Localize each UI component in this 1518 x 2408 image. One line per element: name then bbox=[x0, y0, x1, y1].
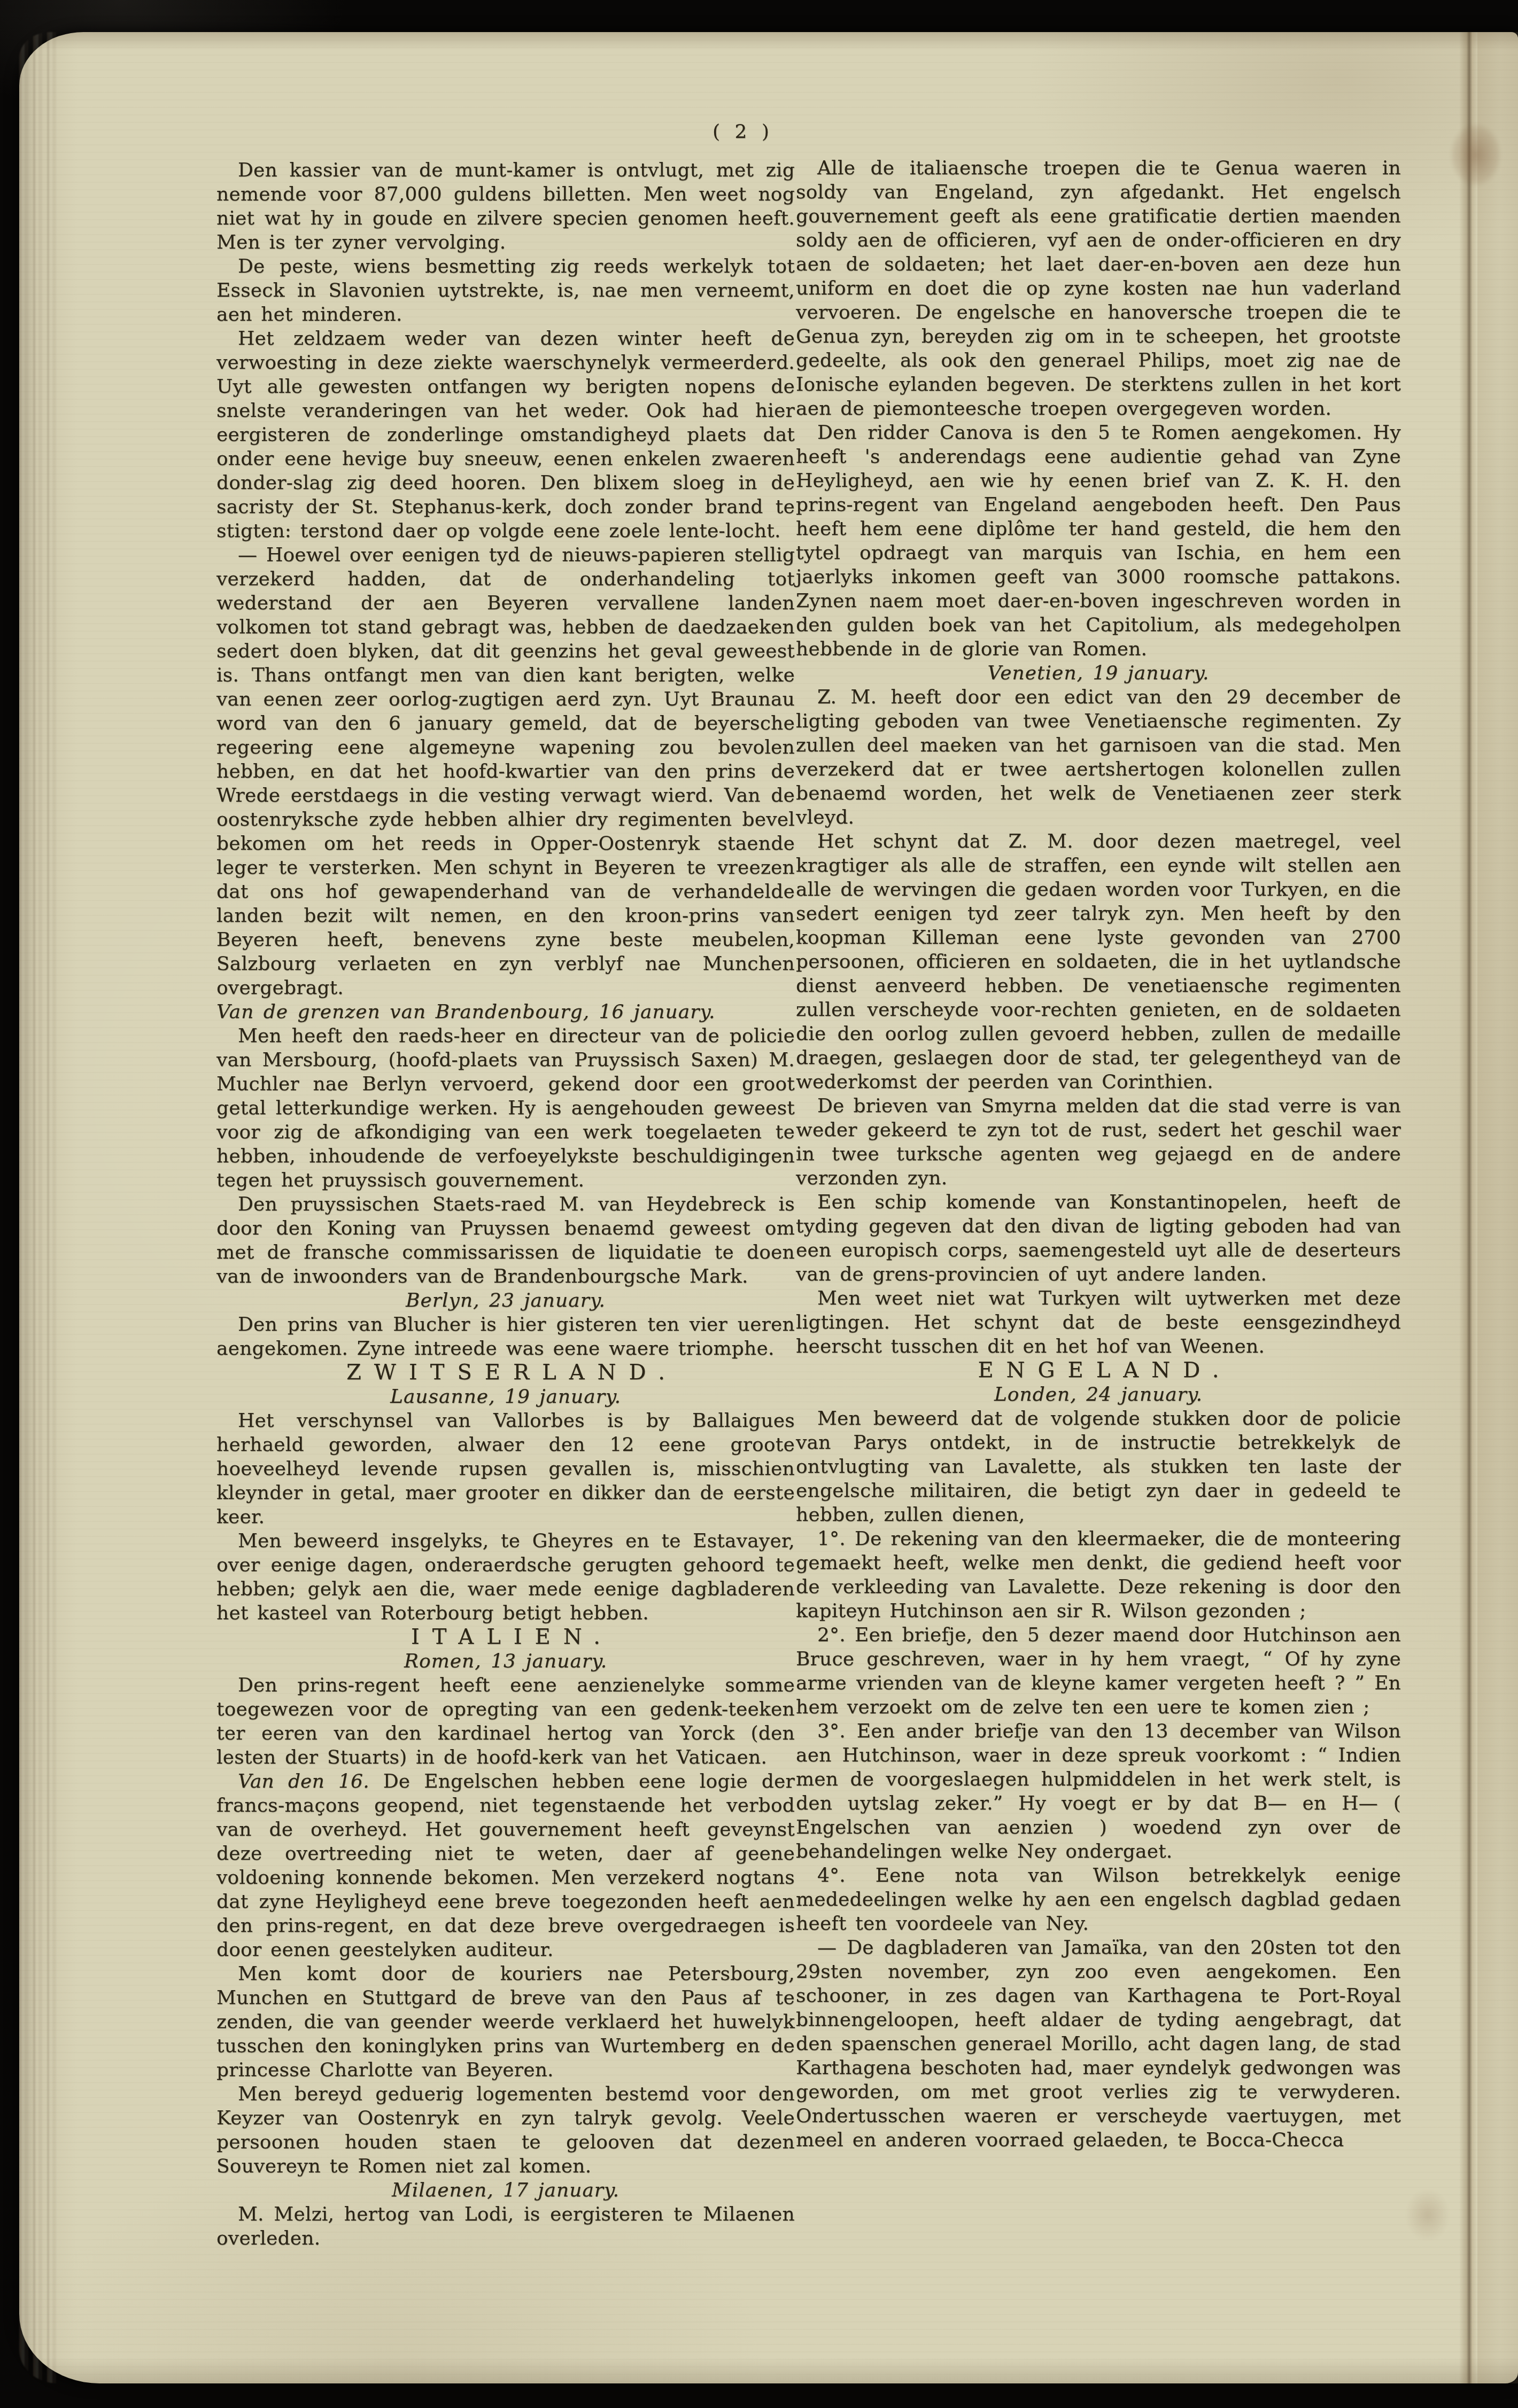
article-paragraph: De brieven van Smyrna melden dat die sta… bbox=[796, 1094, 1401, 1190]
text-column-right: Alle de italiaensche troepen die te Genu… bbox=[796, 156, 1401, 2152]
section-heading: ITALIEN. bbox=[216, 1625, 795, 1649]
dateline-heading: Venetien, 19 january. bbox=[796, 661, 1401, 685]
article-paragraph: 4°. Eene nota van Wilson betrekkelyk een… bbox=[796, 1863, 1401, 1936]
dateline-heading: Lausanne, 19 january. bbox=[216, 1385, 795, 1409]
article-paragraph: M. Melzi, hertog van Lodi, is eergistere… bbox=[216, 2202, 795, 2250]
article-paragraph: Z. M. heeft door een edict van den 29 de… bbox=[796, 685, 1401, 829]
article-paragraph: Den kassier van de munt-kamer is ontvlug… bbox=[216, 158, 795, 254]
section-heading: ENGELAND. bbox=[796, 1358, 1401, 1382]
article-paragraph: Men beweerd dat de volgende stukken door… bbox=[796, 1407, 1401, 1527]
article-paragraph: Den prins-regent heeft eene aenzienelyke… bbox=[216, 1673, 795, 1769]
fold-crease bbox=[1459, 32, 1477, 2383]
dateline-heading: Londen, 24 january. bbox=[796, 1382, 1401, 1407]
article-paragraph: De peste, wiens besmetting zig reeds wer… bbox=[216, 254, 795, 327]
article-paragraph: Een schip komende van Konstantinopelen, … bbox=[796, 1190, 1401, 1286]
article-paragraph: — De dagbladeren van Jamaïka, van den 20… bbox=[796, 1936, 1401, 2152]
dateline-heading: Berlyn, 23 january. bbox=[216, 1288, 795, 1312]
paper-sheet: ( 2 ) Den kassier van de munt-kamer is o… bbox=[19, 32, 1518, 2383]
book-page-edges bbox=[19, 32, 58, 2383]
gutter-page-strip bbox=[1477, 32, 1518, 2383]
page-number: ( 2 ) bbox=[684, 121, 802, 143]
article-paragraph: Van den 16. De Engelschen hebben eene lo… bbox=[216, 1769, 795, 1962]
paragraph-text: De Engelschen hebben eene logie der fran… bbox=[216, 1770, 795, 1961]
article-paragraph: Men beweerd insgelyks, te Gheyres en te … bbox=[216, 1529, 795, 1625]
article-paragraph: Den pruyssischen Staets-raed M. van Heyd… bbox=[216, 1192, 795, 1288]
article-paragraph: Het schynt dat Z. M. door dezen maetrege… bbox=[796, 829, 1401, 1094]
article-paragraph: Den prins van Blucher is hier gisteren t… bbox=[216, 1312, 795, 1361]
article-paragraph: Den ridder Canova is den 5 te Romen aeng… bbox=[796, 421, 1401, 661]
article-paragraph: — Hoewel over eenigen tyd de nieuws-papi… bbox=[216, 543, 795, 1000]
dateline-heading: Romen, 13 january. bbox=[216, 1649, 795, 1673]
article-paragraph: Men heeft den raeds-heer en directeur va… bbox=[216, 1024, 795, 1192]
paper-stain bbox=[1441, 112, 1511, 198]
section-heading: ZWITSERLAND. bbox=[216, 1361, 795, 1385]
dateline-heading: Van de grenzen van Brandenbourg, 16 janu… bbox=[216, 1000, 795, 1024]
article-paragraph: Men komt door de kouriers nae Petersbour… bbox=[216, 1962, 795, 2082]
dateline-heading: Milaenen, 17 january. bbox=[216, 2178, 795, 2202]
article-paragraph: Het zeldzaem weder van dezen winter heef… bbox=[216, 327, 795, 543]
article-paragraph: Het verschynsel van Vallorbes is by Ball… bbox=[216, 1409, 795, 1529]
article-paragraph: Alle de italiaensche troepen die te Genu… bbox=[796, 156, 1401, 421]
paper-stain bbox=[1398, 2180, 1457, 2250]
article-paragraph: Men weet niet wat Turkyen wilt uytwerken… bbox=[796, 1286, 1401, 1358]
scanned-newspaper-page: ( 2 ) Den kassier van de munt-kamer is o… bbox=[0, 0, 1518, 2408]
text-column-left: Den kassier van de munt-kamer is ontvlug… bbox=[216, 158, 795, 2250]
article-paragraph: Men bereyd geduerig logementen bestemd v… bbox=[216, 2082, 795, 2178]
article-paragraph: 2°. Een briefje, den 5 dezer maend door … bbox=[796, 1623, 1401, 1719]
article-paragraph: 1°. De rekening van den kleermaeker, die… bbox=[796, 1527, 1401, 1623]
article-paragraph: 3°. Een ander briefje van den 13 decembe… bbox=[796, 1719, 1401, 1863]
dateline-lead: Van den 16. bbox=[238, 1770, 369, 1792]
